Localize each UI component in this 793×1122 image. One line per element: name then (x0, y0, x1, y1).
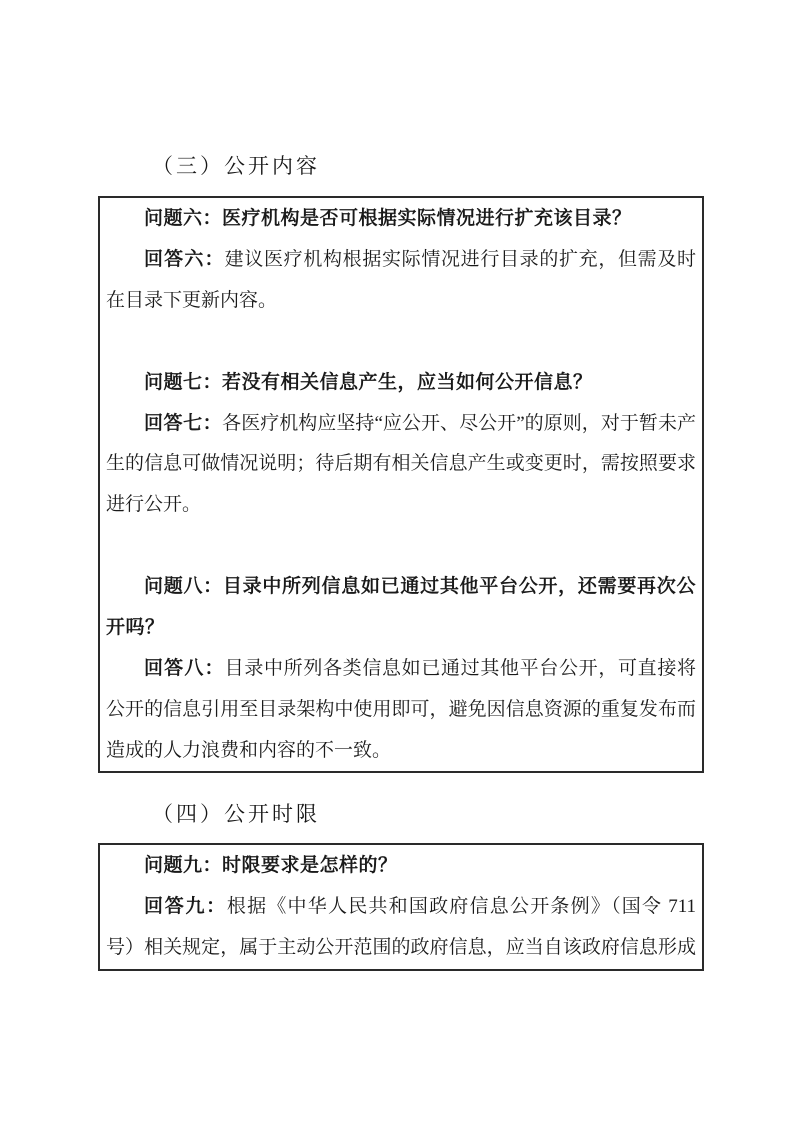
blank-line (106, 526, 696, 567)
question-9: 问题九：时限要求是怎样的？ (106, 846, 696, 887)
section-heading-disclosure-content: （三）公开内容 (152, 150, 320, 180)
answer-7: 回答七：各医疗机构应坚持“应公开、尽公开”的原则，对于暂未产生的信息可做情况说明… (106, 404, 696, 527)
answer-7-label: 回答七： (144, 413, 222, 434)
qa-box-disclosure-content: 问题六：医疗机构是否可根据实际情况进行扩充该目录？ 回答六：建议医疗机构根据实际… (98, 196, 704, 773)
answer-8: 回答八：目录中所列各类信息如已通过其他平台公开，可直接将公开的信息引用至目录架构… (106, 649, 696, 772)
qa-box-disclosure-deadline: 问题九：时限要求是怎样的？ 回答九：根据《中华人民共和国政府信息公开条例》（国令… (98, 843, 704, 971)
answer-6-label: 回答六： (144, 249, 225, 270)
document-page: （三）公开内容 问题六：医疗机构是否可根据实际情况进行扩充该目录？ 回答六：建议… (0, 0, 793, 1122)
question-7: 问题七：若没有相关信息产生，应当如何公开信息？ (106, 363, 696, 404)
answer-9-label: 回答九： (144, 896, 227, 917)
question-6: 问题六：医疗机构是否可根据实际情况进行扩充该目录？ (106, 199, 696, 240)
answer-9: 回答九：根据《中华人民共和国政府信息公开条例》（国令 711 号）相关规定，属于… (106, 887, 696, 971)
blank-line (106, 322, 696, 363)
question-8: 问题八：目录中所列信息如已通过其他平台公开，还需要再次公开吗？ (106, 567, 696, 649)
answer-8-label: 回答八： (144, 658, 225, 679)
answer-6: 回答六：建议医疗机构根据实际情况进行目录的扩充，但需及时在目录下更新内容。 (106, 240, 696, 322)
section-heading-disclosure-deadline: （四）公开时限 (152, 798, 320, 828)
